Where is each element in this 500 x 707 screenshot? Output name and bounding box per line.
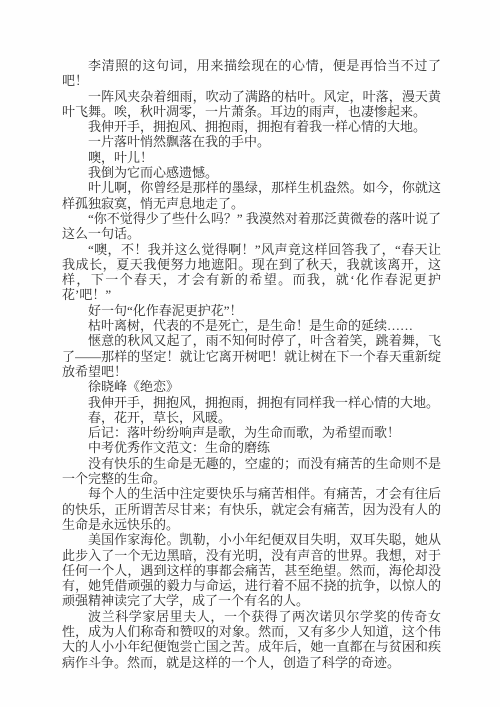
- paragraph: 波兰科学家居里夫人，一个获得了两次诺贝尔学奖的传奇女性，成为人们称奇和赞叹的对象…: [62, 609, 441, 670]
- paragraph: “噢，不！我并这么觉得啊！”风声竟这样回答我了，“春天让我成长，夏天我便努力地遮…: [62, 242, 441, 303]
- paragraph: 惬意的秋风又起了，雨不知何时停了，叶含着笑，跳着舞，飞了——那样的坚定！就让它离…: [62, 333, 441, 379]
- paragraph: 我伸开手，拥抱风、拥抱雨，拥抱有着我一样心情的大地。: [62, 119, 441, 134]
- text-body: 李清照的这句词，用来描绘现在的心情，便是再恰当不过了吧！一阵风夹杂着细雨，吹动了…: [62, 58, 441, 670]
- paragraph: 一阵风夹杂着细雨，吹动了满路的枯叶。风定，叶落，漫天黄叶飞舞。唉，秋叶凋零，一片…: [62, 89, 441, 120]
- paragraph: 中考优秀作文范文：生命的磨练: [62, 440, 441, 455]
- paragraph: 李清照的这句词，用来描绘现在的心情，便是再恰当不过了吧！: [62, 58, 441, 89]
- paragraph: 每个人的生活中注定要快乐与痛苦相伴。有痛苦，才会有往后的快乐，正所谓苦尽甘来；有…: [62, 486, 441, 532]
- paragraph: 一片落叶悄然飘落在我的手中。: [62, 134, 441, 149]
- paragraph: 枯叶离树，代表的不是死亡，是生命！是生命的延续……: [62, 318, 441, 333]
- paragraph: 美国作家海伦。凯勒，小小年纪便双目失明，双耳失聪，她从此步入了一个无边黑暗，没有…: [62, 532, 441, 608]
- paragraph: 后记：落叶纷纷响声是歌，为生命而歌，为希望而歌！: [62, 425, 441, 440]
- paragraph: 叶儿啊，你曾经是那样的墨绿，那样生机盎然。如今，你就这样孤独寂寞，悄无声息地走了…: [62, 180, 441, 211]
- paragraph: 春，花开，草长，风暖。: [62, 410, 441, 425]
- paragraph: 没有快乐的生命是无趣的，空虚的；而没有痛苦的生命则不是一个完整的生命。: [62, 456, 441, 487]
- paragraph: 我倒为它而心感遗憾。: [62, 165, 441, 180]
- paragraph: 噢，叶儿！: [62, 150, 441, 165]
- paragraph: 徐晓峰《绝恋》: [62, 379, 441, 394]
- paragraph: “你不觉得少了些什么吗？” 我漠然对着那泛黄微卷的落叶说了这么一句话。: [62, 211, 441, 242]
- paragraph: 我伸开手，拥抱风，拥抱雨，拥抱有同样我一样心情的大地。: [62, 395, 441, 410]
- paragraph: 好一句“化作春泥更护花”！: [62, 303, 441, 318]
- document-page: 李清照的这句词，用来描绘现在的心情，便是再恰当不过了吧！一阵风夹杂着细雨，吹动了…: [0, 0, 500, 707]
